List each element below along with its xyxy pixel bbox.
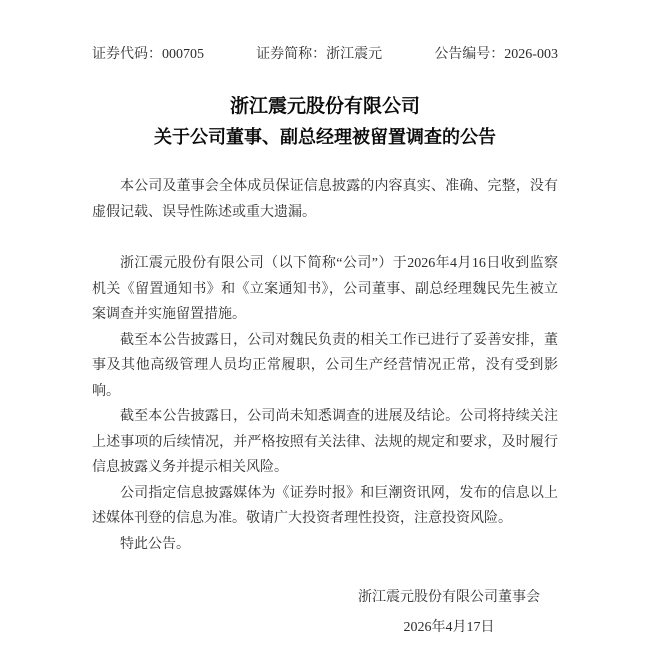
work-arrangement-paragraph: 截至本公告披露日，公司对魏民负责的相关工作已进行了妥善安排，董事及其他高级管理人… (92, 328, 558, 405)
media-designation-paragraph: 公司指定信息披露媒体为《证券时报》和巨潮资讯网，发布的信息以上述媒体刊登的信息为… (92, 481, 558, 532)
announcement-body: 本公司及董事会全体成员保证信息披露的内容真实、准确、完整，没有虚假记载、误导性陈… (92, 174, 558, 557)
disclosure-declaration-paragraph: 本公司及董事会全体成员保证信息披露的内容真实、准确、完整，没有虚假记载、误导性陈… (92, 174, 558, 225)
signature-block: 浙江震元股份有限公司董事会 2026年4月17日 (92, 583, 558, 643)
announcement-page: 证券代码：000705 证券简称：浙江震元 公告编号：2026-003 浙江震元… (0, 0, 648, 647)
announcement-number: 公告编号：2026-003 (434, 46, 558, 64)
case-notice-paragraph: 浙江震元股份有限公司（以下简称“公司”）于2026年4月16日收到监察机关《留置… (92, 251, 558, 328)
securities-header-row: 证券代码：000705 证券简称：浙江震元 公告编号：2026-003 (92, 46, 558, 64)
stock-code: 证券代码：000705 (92, 46, 204, 64)
signature-inner: 浙江震元股份有限公司董事会 2026年4月17日 (358, 583, 540, 643)
announcement-subject-title: 关于公司董事、副总经理被留置调查的公告 (92, 122, 558, 152)
stock-short-name: 证券简称：浙江震元 (256, 46, 382, 64)
company-name-title: 浙江震元股份有限公司 (92, 92, 558, 122)
signature-date: 2026年4月17日 (358, 613, 540, 643)
closing-statement: 特此公告。 (92, 532, 558, 558)
announcement-title: 浙江震元股份有限公司 关于公司董事、副总经理被留置调查的公告 (92, 92, 558, 152)
investigation-status-paragraph: 截至本公告披露日，公司尚未知悉调查的进展及结论。公司将持续关注上述事项的后续情况… (92, 404, 558, 481)
signature-company: 浙江震元股份有限公司董事会 (358, 583, 540, 613)
